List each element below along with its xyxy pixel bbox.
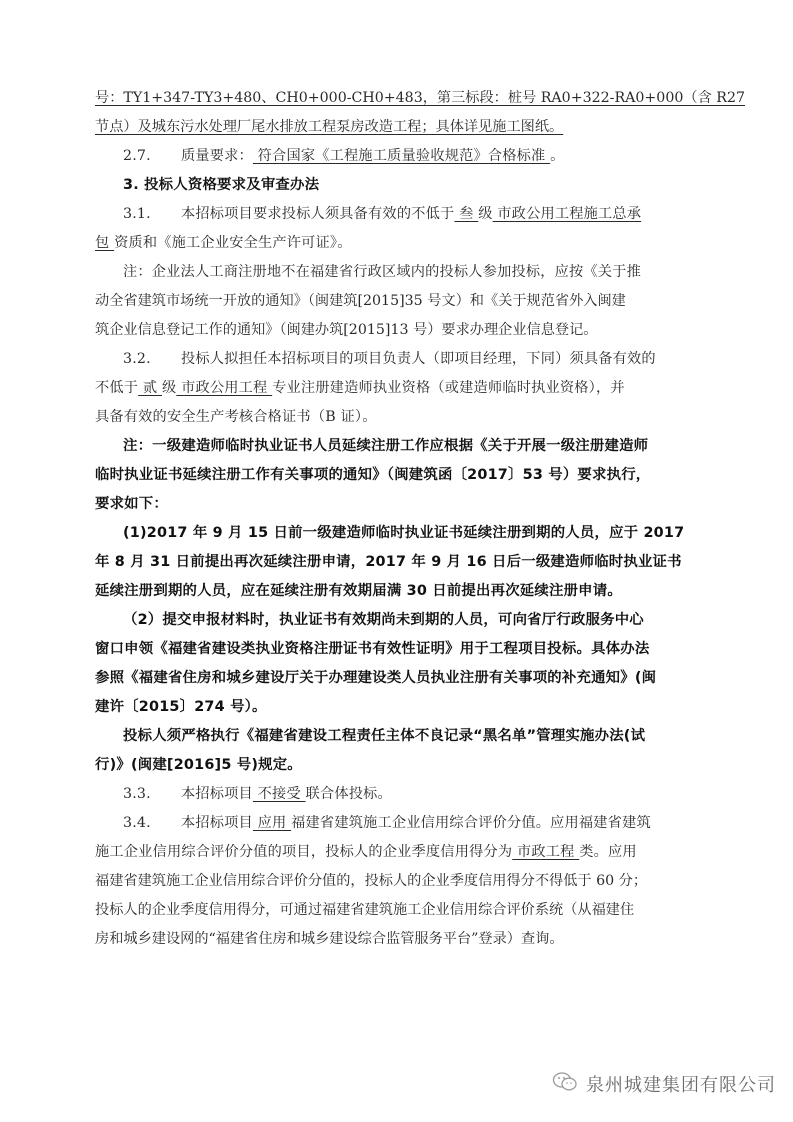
note-1-line-3: 筑企业信息登记工作的通知》（闽建办筑[2015]13 号）要求办理企业信息登记。 [95, 316, 705, 345]
builder-specialty: 市政公用工程 [176, 380, 272, 396]
project-scope-line-1: 号：TY1+347-TY3+480、CH0+000-CH0+483，第三标段：桩… [95, 84, 705, 113]
consortium-value: 不接受 [253, 786, 306, 802]
section-3-4-line-5: 房和城乡建设网的“福建省住房和城乡建设综合监管服务平台”登录）查询。 [95, 925, 705, 954]
level-suffix: 级 [478, 206, 492, 222]
bold-note-line-1: 注：一级建造师临时执业证书人员延续注册工作应根据《关于开展一级注册建造师 [95, 432, 705, 461]
post-text: 专业注册建造师执业资格（或建造师临时执业资格），并 [272, 380, 625, 396]
project-scope-line-2-text: 节点）及城东污水处理厂尾水排放工程泵房改造工程；具体详见施工图纸。 [95, 119, 563, 135]
credit-category: 市政工程 [512, 844, 579, 860]
section-3-2-line-2: 不低于 贰 级 市政公用工程 专业注册建造师执业资格（或建造师临时执业资格），并 [95, 374, 705, 403]
section-3-1-line-1: 3.1.本招标项目要求投标人须具备有效的不低于 叁 级 市政公用工程施工总承 [95, 200, 705, 229]
watermark: 泉州城建集团有限公司 [552, 1066, 776, 1102]
credit-apply-value: 应用 [253, 815, 291, 831]
level-suffix: 级 [162, 380, 176, 396]
post-text: 联合体投标。 [306, 786, 392, 802]
post-text: 福建省建筑施工企业信用综合评价分值。应用福建省建筑 [291, 815, 651, 831]
section-3-1-line-2: 包 资质和《施工企业安全生产许可证》。 [95, 229, 705, 258]
blacklist-line-1: 投标人须严格执行《福建省建设工程责任主体不良记录“黑名单”管理实施办法(试 [95, 722, 705, 751]
qualification-type: 市政公用工程施工总承 [493, 206, 642, 222]
bold-item-1-line-1: (1)2017 年 9 月 15 日前一级建造师临时执业证书延续注册到期的人员，… [95, 519, 705, 548]
section-3-2-line-1: 3.2.投标人拟担任本招标项目的项目负责人（即项目经理，下同）须具备有效的 [95, 345, 705, 374]
section-number: 2.7. [123, 142, 181, 171]
bold-item-1-line-2: 年 8 月 31 日前提出再次延续注册申请，2017 年 9 月 16 日后一级… [95, 548, 705, 577]
pre-text: 不低于 [95, 380, 138, 396]
section-3-4-line-3: 福建省建筑施工企业信用综合评价分值的，投标人的企业季度信用得分不得低于 60 分… [95, 867, 705, 896]
post-text: 类。应用 [579, 844, 637, 860]
wechat-icon [552, 1071, 586, 1098]
quality-label: 质量要求： [181, 148, 253, 164]
pre-text: 本招标项目 [181, 786, 253, 802]
section-number: 3.4. [123, 809, 181, 838]
section-3-2-text: 投标人拟担任本招标项目的项目负责人（即项目经理，下同）须具备有效的 [181, 351, 656, 367]
bold-item-1-line-3: 延续注册到期的人员，应在延续注册有效期届满 30 日前提出再次延续注册申请。 [95, 577, 705, 606]
qualification-type-cont: 包 [95, 235, 114, 251]
section-3-4-line-2: 施工企业信用综合评价分值的项目，投标人的企业季度信用得分为 市政工程 类。应用 [95, 838, 705, 867]
quality-value: 符合国家《工程施工质量验收规范》合格标准 [253, 148, 550, 164]
document-page: 号：TY1+347-TY3+480、CH0+000-CH0+483，第三标段：桩… [95, 84, 705, 954]
note-1-line-1: 注：企业法人工商注册地不在福建省行政区域内的投标人参加投标，应按《关于推 [95, 258, 705, 287]
section-number: 3.2. [123, 345, 181, 374]
bold-note-line-2: 临时执业证书延续注册工作有关事项的通知》（闽建筑函〔2017〕53 号）要求执行… [95, 461, 705, 490]
blacklist-line-2: 行)》(闽建[2016]5 号)规定。 [95, 751, 705, 780]
quality-end: 。 [550, 148, 564, 164]
section-3-2-line-3: 具备有效的安全生产考核合格证书（B 证）。 [95, 403, 705, 432]
section-3-4-line-4: 投标人的企业季度信用得分，可通过福建省建筑施工企业信用综合评价系统（从福建住 [95, 896, 705, 925]
section-3-1-text: 本招标项目要求投标人须具备有效的不低于 [181, 206, 454, 222]
project-scope-line-2: 节点）及城东污水处理厂尾水排放工程泵房改造工程；具体详见施工图纸。 [95, 113, 705, 142]
section-number: 3.1. [123, 200, 181, 229]
bold-item-2-line-4: 建许〔2015〕274 号）。 [95, 693, 705, 722]
section-3-4-line-1: 3.4.本招标项目 应用 福建省建筑施工企业信用综合评价分值。应用福建省建筑 [95, 809, 705, 838]
watermark-text: 泉州城建集团有限公司 [586, 1071, 776, 1097]
section-3-3: 3.3.本招标项目 不接受 联合体投标。 [95, 780, 705, 809]
bold-note-line-3: 要求如下： [95, 490, 705, 519]
qualification-level: 叁 [454, 206, 478, 222]
section-3-heading: 3. 投标人资格要求及审查办法 [95, 171, 705, 200]
bold-item-2-line-1: （2）提交申报材料时，执业证书有效期尚未到期的人员，可向省厅行政服务中心 [95, 606, 705, 635]
section-2-7: 2.7.质量要求： 符合国家《工程施工质量验收规范》合格标准 。 [95, 142, 705, 171]
pre-text: 施工企业信用综合评价分值的项目，投标人的企业季度信用得分为 [95, 844, 512, 860]
pre-text: 本招标项目 [181, 815, 253, 831]
section-3-1-post: 资质和《施工企业安全生产许可证》。 [114, 235, 352, 251]
builder-level: 贰 [138, 380, 162, 396]
note-1-line-2: 动全省建筑市场统一开放的通知》（闽建筑[2015]35 号文）和《关于规范省外入… [95, 287, 705, 316]
bold-item-2-line-2: 窗口申领《福建省建设类执业资格注册证书有效性证明》用于工程项目投标。具体办法 [95, 635, 705, 664]
section-number: 3.3. [123, 780, 181, 809]
bold-item-2-line-3: 参照《福建省住房和城乡建设厅关于办理建设类人员执业注册有关事项的补充通知》(闽 [95, 664, 705, 693]
